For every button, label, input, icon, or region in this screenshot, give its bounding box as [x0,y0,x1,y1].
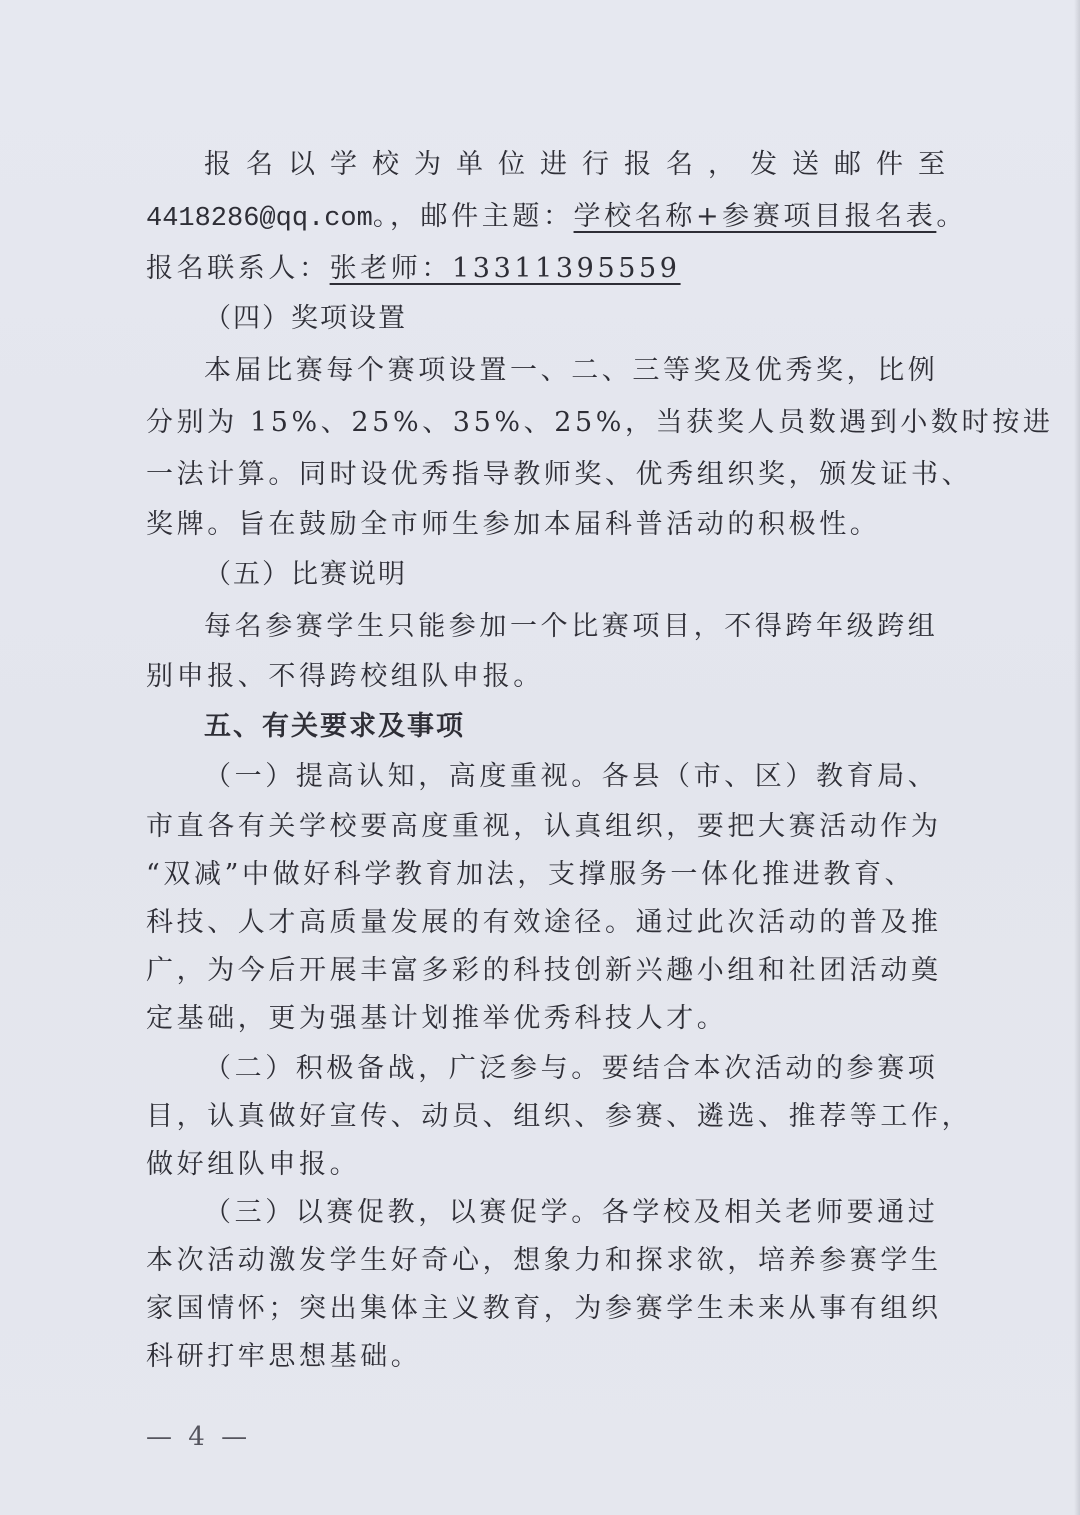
contact-label: 报名联系人： [146,253,330,284]
registration-line-3: 报名联系人：张老师：13311395559 [146,252,916,286]
page-edge [1074,0,1080,1515]
item-1-line: 科技、人才高质量发展的有效途径。通过此次活动的普及推 [146,906,916,940]
document-page: 报名以学校为单位进行报名，发送邮件至 4418286@qq.com。，邮件主题：… [0,0,1080,1515]
registration-subject-end: 。 [936,201,967,232]
section-5-heading: （五）比赛说明 [204,558,916,592]
registration-subject: 学校名称+参赛项目报名表 [574,201,937,232]
item-3-line: 科研打牢思想基础。 [146,1340,916,1374]
section-4-line: 分别为 15%、25%、35%、25%，当获奖人员数遇到小数时按进 [146,406,916,440]
registration-line-2: 4418286@qq.com。，邮件主题：学校名称+参赛项目报名表。 [146,200,916,236]
item-1-line: 市直各有关学校要高度重视，认真组织，要把大赛活动作为 [146,810,916,844]
section-5-line: 别申报、不得跨校组队申报。 [146,660,916,694]
item-1-line: “双减”中做好科学教育加法，支撑服务一体化推进教育、 [146,858,916,892]
section-4-line: 奖牌。旨在鼓励全市师生参加本届科普活动的积极性。 [146,508,916,542]
item-3-line: （三）以赛促教，以赛促学。各学校及相关老师要通过 [204,1196,916,1230]
item-2-line: （二）积极备战，广泛参与。要结合本次活动的参赛项 [204,1052,916,1086]
part-5-heading: 五、有关要求及事项 [204,710,916,744]
item-1-line: 广，为今后开展丰富多彩的科技创新兴趣小组和社团活动奠 [146,954,916,988]
item-1-line: （一）提高认知，高度重视。各县（市、区）教育局、 [204,760,916,794]
item-2-line: 目，认真做好宣传、动员、组织、参赛、遴选、推荐等工作， [146,1100,916,1134]
section-4-line: 本届比赛每个赛项设置一、二、三等奖及优秀奖，比例 [204,354,916,388]
section-4-line: 一法计算。同时设优秀指导教师奖、优秀组织奖，颁发证书、 [146,458,916,492]
section-5-line: 每名参赛学生只能参加一个比赛项目，不得跨年级跨组 [204,610,916,644]
item-1-line: 定基础，更为强基计划推举优秀科技人才。 [146,1002,916,1036]
item-3-line: 家国情怀；突出集体主义教育，为参赛学生未来从事有组织 [146,1292,916,1326]
item-3-line: 本次活动激发学生好奇心，想象力和探求欲，培养参赛学生 [146,1244,916,1278]
registration-line-1: 报名以学校为单位进行报名，发送邮件至 [204,148,916,182]
item-2-line: 做好组队申报。 [146,1148,916,1182]
section-4-heading: （四）奖项设置 [204,302,916,336]
page-number: — 4 — [146,1422,251,1452]
contact-info: 张老师：13311395559 [330,253,681,284]
registration-email-suffix: 。，邮件主题： [373,201,574,232]
registration-email: 4418286@qq.com [146,204,373,234]
